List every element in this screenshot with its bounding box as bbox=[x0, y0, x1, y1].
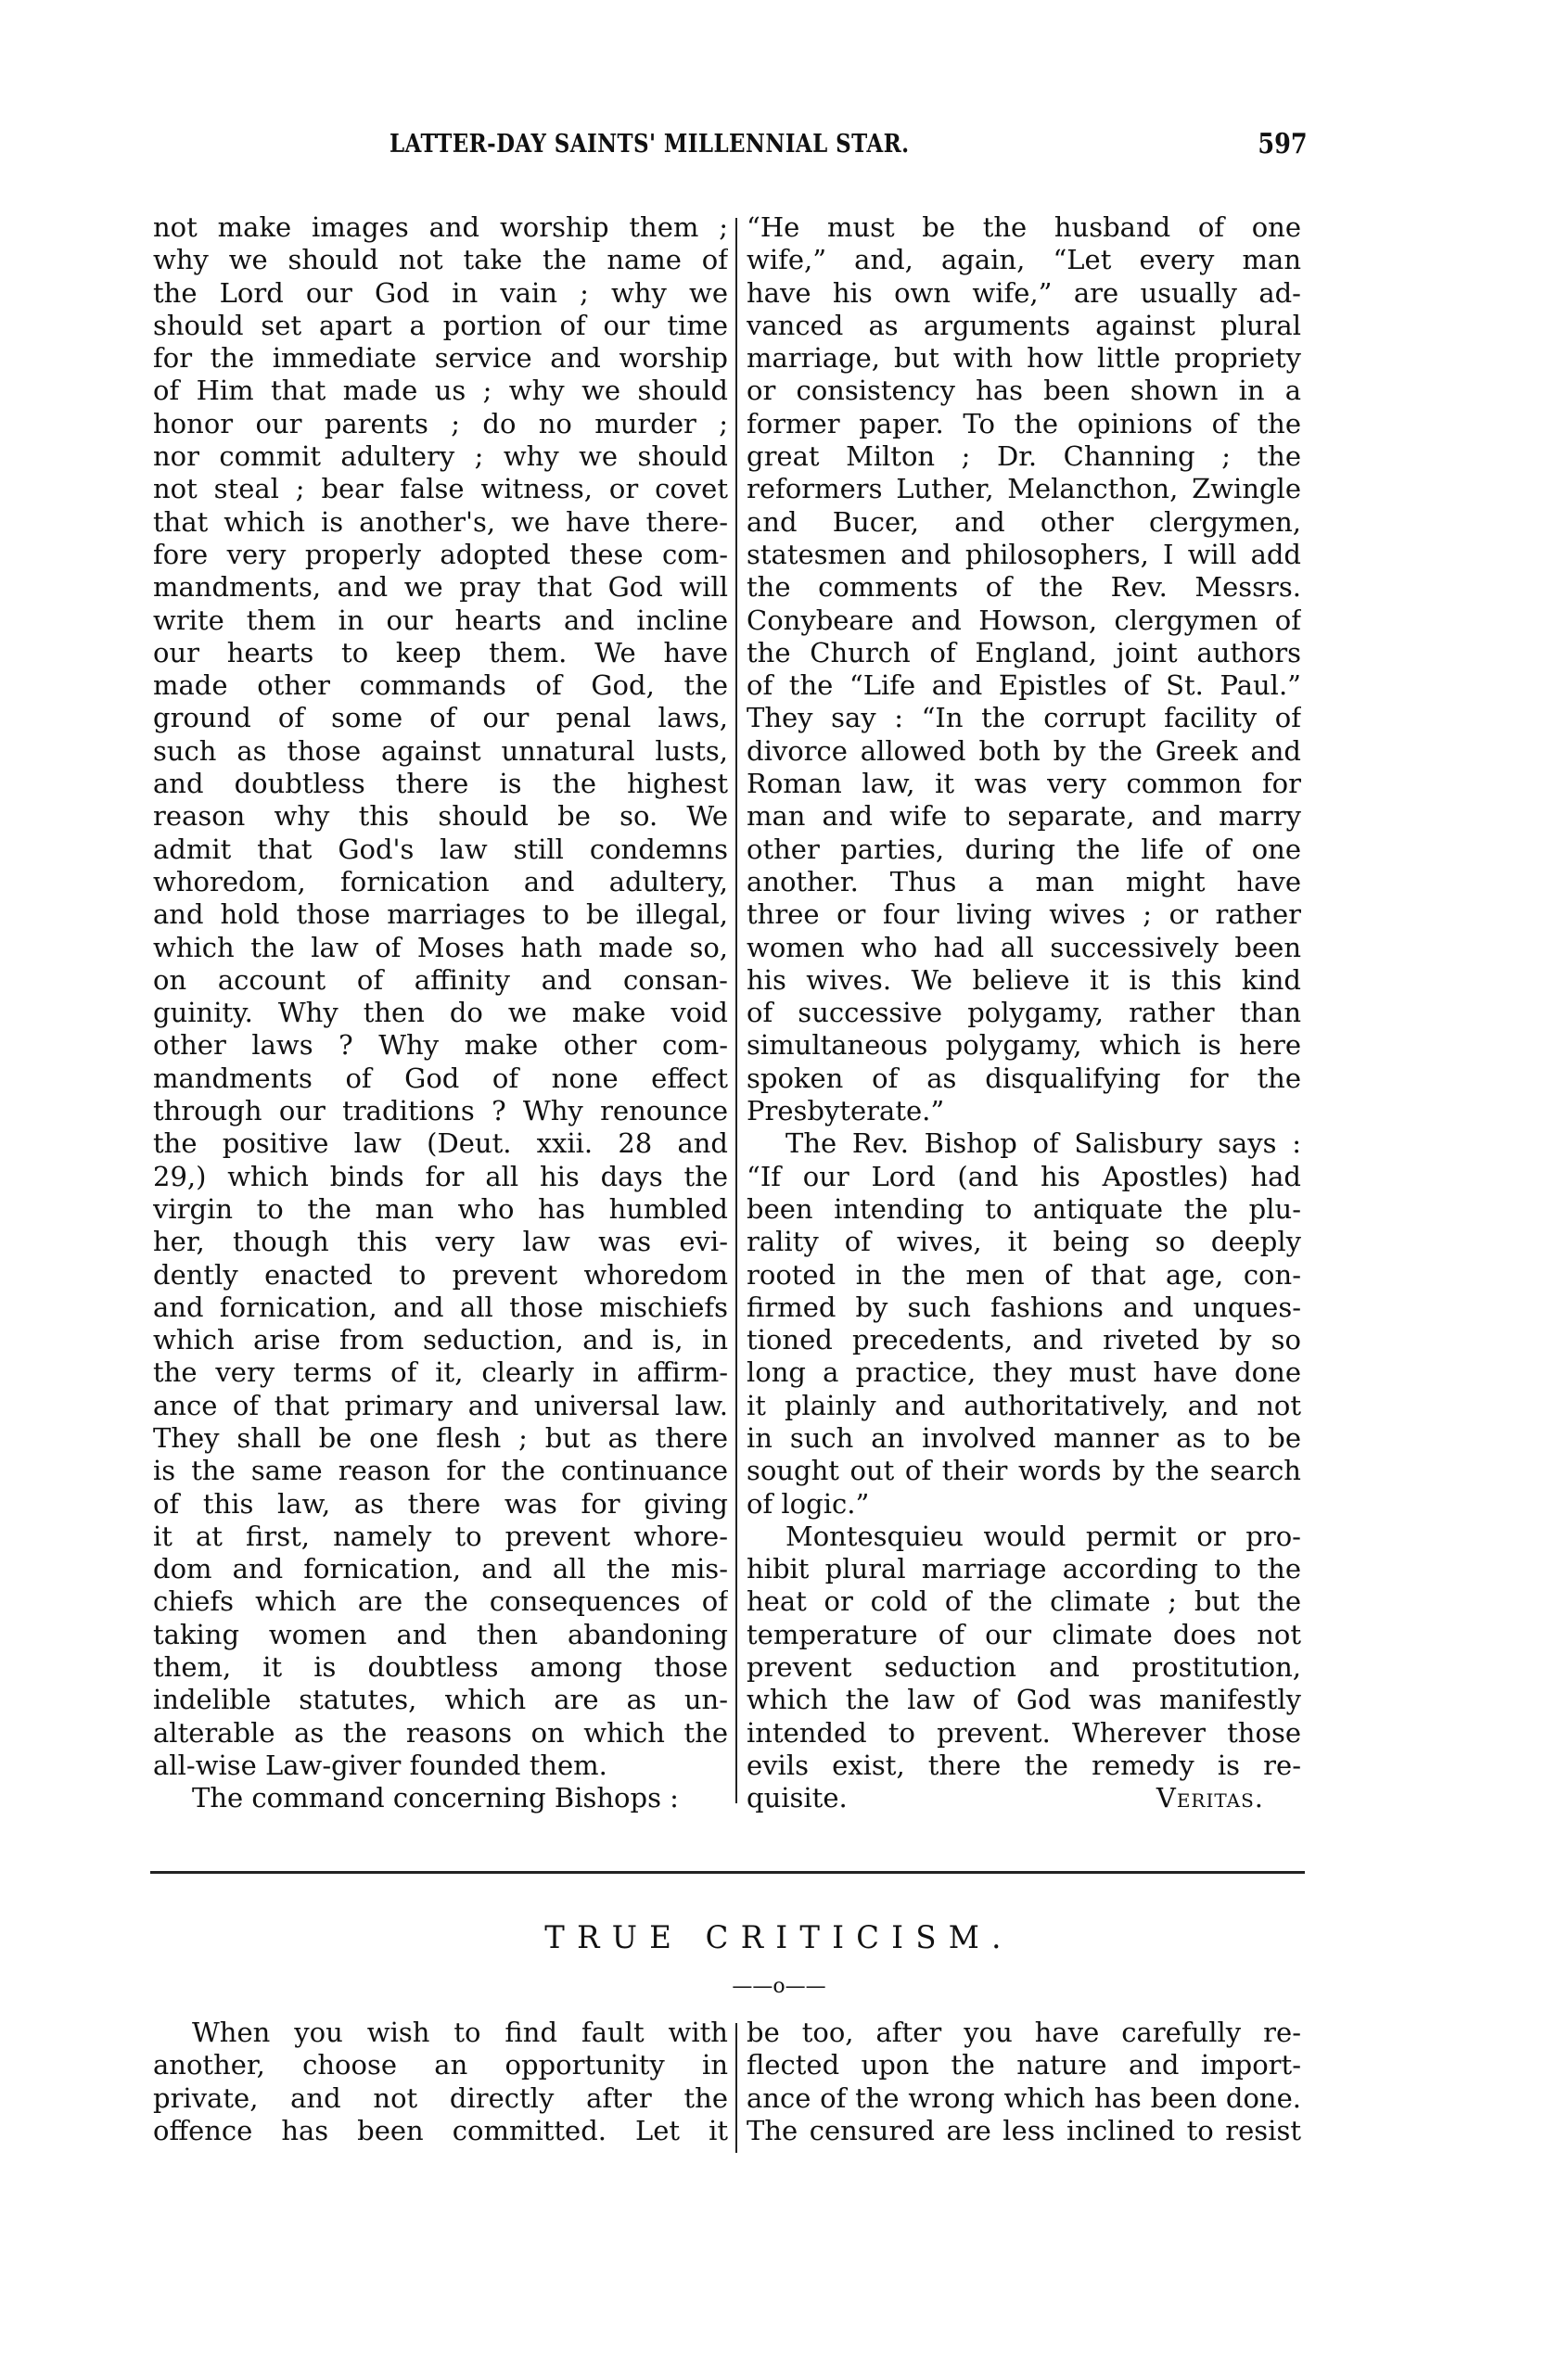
text-line: The Rev. Bishop of Salisbury says : bbox=[747, 1127, 1301, 1160]
text-line: be too, after you have carefully re- bbox=[747, 2017, 1301, 2049]
text-line: prevent seduction and prostitution, bbox=[747, 1651, 1301, 1684]
running-header: LATTER-DAY SAINTS' MILLENNIAL STAR. 597 bbox=[389, 130, 1335, 167]
text-line: hibit plural marriage according to the bbox=[747, 1553, 1301, 1585]
text-line: Montesquieu would permit or pro- bbox=[747, 1521, 1301, 1553]
text-line: Conybeare and Howson, clergymen of bbox=[747, 605, 1301, 637]
text-line: ground of some of our penal laws, bbox=[153, 702, 728, 734]
text-line: evils exist, there the remedy is re- bbox=[747, 1750, 1301, 1782]
text-line: whoredom, fornication and adultery, bbox=[153, 866, 728, 898]
text-line: is the same reason for the continuance bbox=[153, 1455, 728, 1487]
text-line: or consistency has been shown in a bbox=[747, 375, 1301, 407]
text-line: divorce allowed both by the Greek and bbox=[747, 735, 1301, 768]
text-line: spoken of as disqualifying for the bbox=[747, 1063, 1301, 1095]
text-line: reason why this should be so. We bbox=[153, 800, 728, 833]
text-line: dom and fornication, and all the mis- bbox=[153, 1553, 728, 1585]
text-line: which the law of Moses hath made so, bbox=[153, 932, 728, 964]
text-line: temperature of our climate does not bbox=[747, 1619, 1301, 1651]
text-line: long a practice, they must have done bbox=[747, 1356, 1301, 1389]
text-line: not make images and worship them ; bbox=[153, 211, 728, 244]
running-title: LATTER-DAY SAINTS' MILLENNIAL STAR. bbox=[389, 130, 909, 159]
text-line: it plainly and authoritatively, and not bbox=[747, 1390, 1301, 1422]
text-line: indelible statutes, which are as un- bbox=[153, 1684, 728, 1716]
text-line: the Lord our God in vain ; why we bbox=[153, 277, 728, 310]
text-line: why we should not take the name of bbox=[153, 244, 728, 276]
text-line: tioned precedents, and riveted by so bbox=[747, 1324, 1301, 1356]
text-line: taking women and then abandoning bbox=[153, 1619, 728, 1651]
text-line: another, choose an opportunity in bbox=[153, 2049, 728, 2081]
page-number: 597 bbox=[1258, 128, 1308, 160]
column-divider bbox=[735, 218, 737, 1803]
text-line: 29,) which binds for all his days the bbox=[153, 1161, 728, 1193]
text-line: write them in our hearts and incline bbox=[153, 605, 728, 637]
text-line: They say : “In the corrupt facility of bbox=[747, 702, 1301, 734]
text-line: in such an involved manner as to be bbox=[747, 1422, 1301, 1455]
article2-left-column: When you wish to find fault withanother,… bbox=[153, 2017, 728, 2147]
text-line: and fornication, and all those mischiefs bbox=[153, 1292, 728, 1324]
text-line: former paper. To the opinions of the bbox=[747, 408, 1301, 440]
text-line: three or four living wives ; or rather bbox=[747, 898, 1301, 931]
text-line: mandments, and we pray that God will bbox=[153, 571, 728, 604]
text-line: dently enacted to prevent whoredom bbox=[153, 1259, 728, 1292]
text-line: should set apart a portion of our time bbox=[153, 310, 728, 342]
text-line: fore very properly adopted these com- bbox=[153, 539, 728, 571]
text-line: wife,” and, again, “Let every man bbox=[747, 244, 1301, 276]
text-line: Roman law, it was very common for bbox=[747, 768, 1301, 800]
text-line: ance of that primary and universal law. bbox=[153, 1390, 728, 1422]
text-line: other parties, during the life of one bbox=[747, 834, 1301, 866]
text-line: sought out of their words by the search bbox=[747, 1455, 1301, 1487]
text-line: of successive polygamy, rather than bbox=[747, 997, 1301, 1029]
text-line: which arise from seduction, and is, in bbox=[153, 1324, 728, 1356]
text-line: another. Thus a man might have bbox=[747, 866, 1301, 898]
text-line: Presbyterate.” bbox=[747, 1095, 1301, 1127]
text-line: have his own wife,” are usually ad- bbox=[747, 277, 1301, 310]
text-line: alterable as the reasons on which the bbox=[153, 1717, 728, 1750]
text-line: rooted in the men of that age, con- bbox=[747, 1259, 1301, 1292]
text-line: They shall be one flesh ; but as there bbox=[153, 1422, 728, 1455]
text-line: flected upon the nature and import- bbox=[747, 2049, 1301, 2081]
text-line: The command concerning Bishops : bbox=[153, 1782, 728, 1814]
text-line: been intending to antiquate the plu- bbox=[747, 1193, 1301, 1226]
text-line: that which is another's, we have there- bbox=[153, 506, 728, 539]
text-line: honor our parents ; do no murder ; bbox=[153, 408, 728, 440]
article2-right-column: be too, after you have carefully re-flec… bbox=[747, 2017, 1301, 2147]
text-line: private, and not directly after the bbox=[153, 2082, 728, 2115]
text-line: Veritas.quisite. bbox=[747, 1782, 1301, 1814]
text-line: of this law, as there was for giving bbox=[153, 1488, 728, 1521]
text-line: intended to prevent. Wherever those bbox=[747, 1717, 1301, 1750]
text-line: other laws ? Why make other com- bbox=[153, 1029, 728, 1062]
text-line: vanced as arguments against plural bbox=[747, 310, 1301, 342]
title-ornament: ——o—— bbox=[0, 1975, 1558, 1998]
text-line: marriage, but with how little propriety bbox=[747, 342, 1301, 375]
text-line: them, it is doubtless among those bbox=[153, 1651, 728, 1684]
text-line: “He must be the husband of one bbox=[747, 211, 1301, 244]
text-line: statesmen and philosophers, I will add bbox=[747, 539, 1301, 571]
text-line: firmed by such fashions and unques- bbox=[747, 1292, 1301, 1324]
text-line: made other commands of God, the bbox=[153, 669, 728, 702]
text-line: of Him that made us ; why we should bbox=[153, 375, 728, 407]
text-line: man and wife to separate, and marry bbox=[747, 800, 1301, 833]
text-line: the Church of England, joint authors bbox=[747, 637, 1301, 669]
text-line: ance of the wrong which has been done. bbox=[747, 2082, 1301, 2115]
text-line: of the “Life and Epistles of St. Paul.” bbox=[747, 669, 1301, 702]
text-line: not steal ; bear false witness, or covet bbox=[153, 473, 728, 505]
text-line: great Milton ; Dr. Channing ; the bbox=[747, 440, 1301, 473]
text-line: the very terms of it, clearly in affirm- bbox=[153, 1356, 728, 1389]
author-signature: Veritas. bbox=[1156, 1782, 1264, 1814]
text-line: which the law of God was manifestly bbox=[747, 1684, 1301, 1716]
text-line: nor commit adultery ; why we should bbox=[153, 440, 728, 473]
text-line: such as those against unnatural lusts, bbox=[153, 735, 728, 768]
text-line: admit that God's law still condemns bbox=[153, 834, 728, 866]
text-line: the comments of the Rev. Messrs. bbox=[747, 571, 1301, 604]
column-divider-2 bbox=[735, 2023, 737, 2153]
text-line: women who had all successively been bbox=[747, 932, 1301, 964]
text-line: reformers Luther, Melancthon, Zwingle bbox=[747, 473, 1301, 505]
text-line: the positive law (Deut. xxii. 28 and bbox=[153, 1127, 728, 1160]
text-line: it at first, namely to prevent whore- bbox=[153, 1521, 728, 1553]
text-line: The censured are less inclined to resist bbox=[747, 2115, 1301, 2147]
text-line: rality of wives, it being so deeply bbox=[747, 1226, 1301, 1258]
text-line: guinity. Why then do we make void bbox=[153, 997, 728, 1029]
text-line: When you wish to find fault with bbox=[153, 2017, 728, 2049]
text-line: of logic.” bbox=[747, 1488, 1301, 1521]
text-line: and hold those marriages to be illegal, bbox=[153, 898, 728, 931]
text-line: and doubtless there is the highest bbox=[153, 768, 728, 800]
text-line: his wives. We believe it is this kind bbox=[747, 964, 1301, 997]
text-line: mandments of God of none effect bbox=[153, 1063, 728, 1095]
text-line: heat or cold of the climate ; but the bbox=[747, 1585, 1301, 1618]
text-line: through our traditions ? Why renounce bbox=[153, 1095, 728, 1127]
text-line: offence has been committed. Let it bbox=[153, 2115, 728, 2147]
text-line: simultaneous polygamy, which is here bbox=[747, 1029, 1301, 1062]
article1-right-column: “He must be the husband of onewife,” and… bbox=[747, 211, 1301, 1815]
text-line: our hearts to keep them. We have bbox=[153, 637, 728, 669]
section-rule bbox=[150, 1871, 1305, 1874]
text-line: all-wise Law-giver founded them. bbox=[153, 1750, 728, 1782]
article-title: TRUE CRITICISM. bbox=[39, 1919, 1519, 1956]
text-line: “If our Lord (and his Apostles) had bbox=[747, 1161, 1301, 1193]
text-line: on account of affinity and consan- bbox=[153, 964, 728, 997]
text-line: and Bucer, and other clergymen, bbox=[747, 506, 1301, 539]
text-line: chiefs which are the consequences of bbox=[153, 1585, 728, 1618]
text-line: for the immediate service and worship bbox=[153, 342, 728, 375]
article1-left-column: not make images and worship them ;why we… bbox=[153, 211, 728, 1815]
text-line: her, though this very law was evi- bbox=[153, 1226, 728, 1258]
text-line: virgin to the man who has humbled bbox=[153, 1193, 728, 1226]
